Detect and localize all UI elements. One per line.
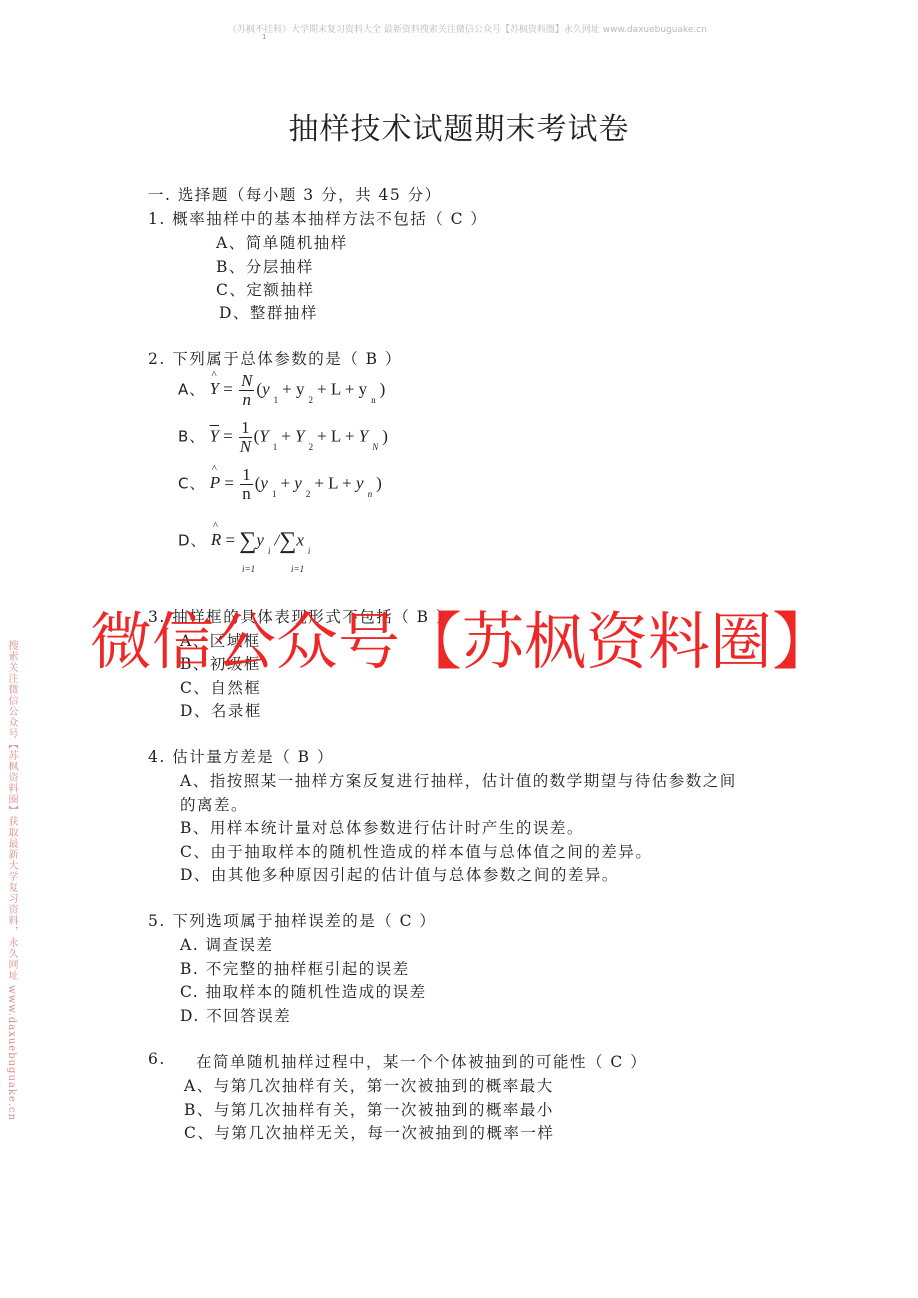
question-1-option-c: C、定额抽样 bbox=[216, 278, 314, 300]
question-4-option-a: A、指按照某一抽样方案反复进行抽样，估计值的数学期望与待估参数之间 bbox=[180, 769, 737, 791]
question-5-option-a: A. 调查误差 bbox=[180, 933, 274, 955]
formula-lhs: R bbox=[211, 530, 221, 550]
subscript: 1 bbox=[273, 442, 278, 452]
equals-sign: = bbox=[225, 530, 235, 549]
option-label: D、 bbox=[178, 531, 207, 549]
option-label: B、 bbox=[178, 427, 205, 445]
question-4-option-d: D、由其他多种原因引起的估计值与总体参数之间的差异。 bbox=[180, 863, 619, 885]
numerator: 1 bbox=[239, 419, 252, 438]
ellipsis-term: + L + bbox=[314, 473, 351, 492]
overlay-watermark: 微信公众号【苏枫资料圈】 bbox=[90, 602, 834, 682]
ellipsis-term: + L + bbox=[317, 426, 354, 445]
numerator: 1 bbox=[240, 466, 253, 485]
sum-lower-limit: i=1 bbox=[242, 564, 255, 574]
sigma-icon: ∑ bbox=[239, 528, 256, 554]
question-4-option-b: B、用样本统计量对总体参数进行估计时产生的误差。 bbox=[180, 816, 584, 838]
question-4-option-c: C、由于抽取样本的随机性造成的样本值与总体值之间的差异。 bbox=[180, 840, 652, 862]
term: Y bbox=[259, 426, 268, 445]
subscript: 2 bbox=[308, 395, 313, 405]
plus-sign: + bbox=[282, 379, 292, 398]
fraction: 1n bbox=[240, 466, 253, 503]
question-1-option-b: B、分层抽样 bbox=[216, 255, 314, 277]
term: y bbox=[356, 473, 364, 492]
document-title: 抽样技术试题期末考试卷 bbox=[0, 104, 918, 148]
formula-lhs: P bbox=[210, 473, 220, 493]
subscript: 1 bbox=[272, 489, 277, 499]
subscript: n bbox=[368, 489, 373, 499]
question-5-option-d: D. 不回答误差 bbox=[180, 1004, 291, 1026]
paren-close: ) bbox=[376, 473, 382, 492]
question-3-option-d: D、名录框 bbox=[180, 699, 262, 721]
fraction: Nn bbox=[239, 372, 254, 409]
term: y bbox=[296, 379, 305, 398]
subscript: n bbox=[371, 395, 376, 405]
question-1-option-d: D、整群抽样 bbox=[219, 301, 318, 323]
question-5-option-c: C. 抽取样本的随机性造成的误差 bbox=[180, 980, 427, 1002]
question-6-stem: 在简单随机抽样过程中，某一个个体被抽到的可能性（ C ） bbox=[196, 1050, 647, 1072]
question-5-option-b: B. 不完整的抽样框引起的误差 bbox=[180, 957, 410, 979]
plus-sign: + bbox=[280, 473, 290, 492]
equals-sign: = bbox=[224, 473, 234, 492]
question-2-option-d: D、 R = ∑yi/∑xi i=1 i=1 bbox=[178, 528, 314, 574]
question-2-option-b: B、 Y = 1N(Y1+ Y2+ L + YN) bbox=[178, 419, 388, 456]
question-2-option-a: A、 Y = Nn(y1+ y2+ L + yn) bbox=[178, 372, 385, 409]
term: y bbox=[260, 473, 268, 492]
subscript: i bbox=[268, 546, 271, 556]
denominator: n bbox=[240, 485, 253, 503]
ellipsis-term: + L + bbox=[317, 379, 354, 398]
denominator: n bbox=[239, 391, 254, 409]
question-1-stem: 1. 概率抽样中的基本抽样方法不包括（ C ） bbox=[148, 207, 487, 229]
denominator: N bbox=[239, 438, 252, 456]
subscript: i bbox=[308, 546, 311, 556]
header-watermark: 《苏枫不挂科》大学期末复习资料大全 最新资料搜索关注微信公众号【苏枫资料圈】永久… bbox=[228, 22, 698, 35]
section-heading: 一. 选择题（每小题 3 分，共 45 分） bbox=[148, 183, 442, 205]
question-2-stem: 2. 下列属于总体参数的是（ B ） bbox=[148, 347, 402, 369]
paren-close: ) bbox=[380, 379, 386, 398]
question-1-option-a: A、简单随机抽样 bbox=[216, 231, 348, 253]
question-4-option-a-cont: 的离差。 bbox=[180, 793, 248, 815]
term: Y bbox=[295, 426, 304, 445]
plus-sign: + bbox=[281, 426, 291, 445]
subscript: 2 bbox=[306, 489, 311, 499]
term: y bbox=[359, 379, 368, 398]
page-mark: 1 bbox=[262, 33, 266, 41]
question-6-option-b: B、与第几次抽样有关，第一次被抽到的概率最小 bbox=[184, 1098, 554, 1120]
side-watermark: 搜索关注微信公众号【苏枫资料圈】获取最新大学复习资料，永久网址 www.daxu… bbox=[4, 640, 18, 1121]
equals-sign: = bbox=[223, 379, 233, 398]
fraction: 1N bbox=[239, 419, 252, 456]
option-label: A、 bbox=[178, 380, 205, 398]
term: x bbox=[296, 530, 304, 549]
paren-close: ) bbox=[382, 426, 388, 445]
term: y bbox=[294, 473, 302, 492]
sigma-icon: ∑ bbox=[279, 528, 296, 554]
equals-sign: = bbox=[223, 426, 233, 445]
option-label: C、 bbox=[178, 474, 205, 492]
question-4-stem: 4. 估计量方差是（ B ） bbox=[148, 745, 334, 767]
subscript: N bbox=[372, 442, 378, 452]
question-6-option-c: C、与第几次抽样无关，每一次被抽到的概率一样 bbox=[184, 1121, 554, 1143]
formula-lhs: Y bbox=[210, 379, 219, 399]
sum-lower-limit: i=1 bbox=[291, 564, 304, 574]
question-5-stem: 5. 下列选项属于抽样误差的是（ C ） bbox=[148, 909, 436, 931]
formula-lhs: Y bbox=[210, 426, 219, 445]
subscript: 2 bbox=[309, 442, 314, 452]
numerator: N bbox=[239, 372, 254, 391]
term: Y bbox=[359, 426, 368, 445]
question-6-number: 6. bbox=[148, 1050, 166, 1068]
subscript: 1 bbox=[274, 395, 279, 405]
question-2-option-c: C、 P = 1n(y1+ y2+ L + yn) bbox=[178, 466, 382, 503]
question-6-option-a: A、与第几次抽样有关，第一次被抽到的概率最大 bbox=[184, 1074, 554, 1096]
term: y bbox=[262, 379, 270, 398]
term: y bbox=[256, 530, 264, 549]
